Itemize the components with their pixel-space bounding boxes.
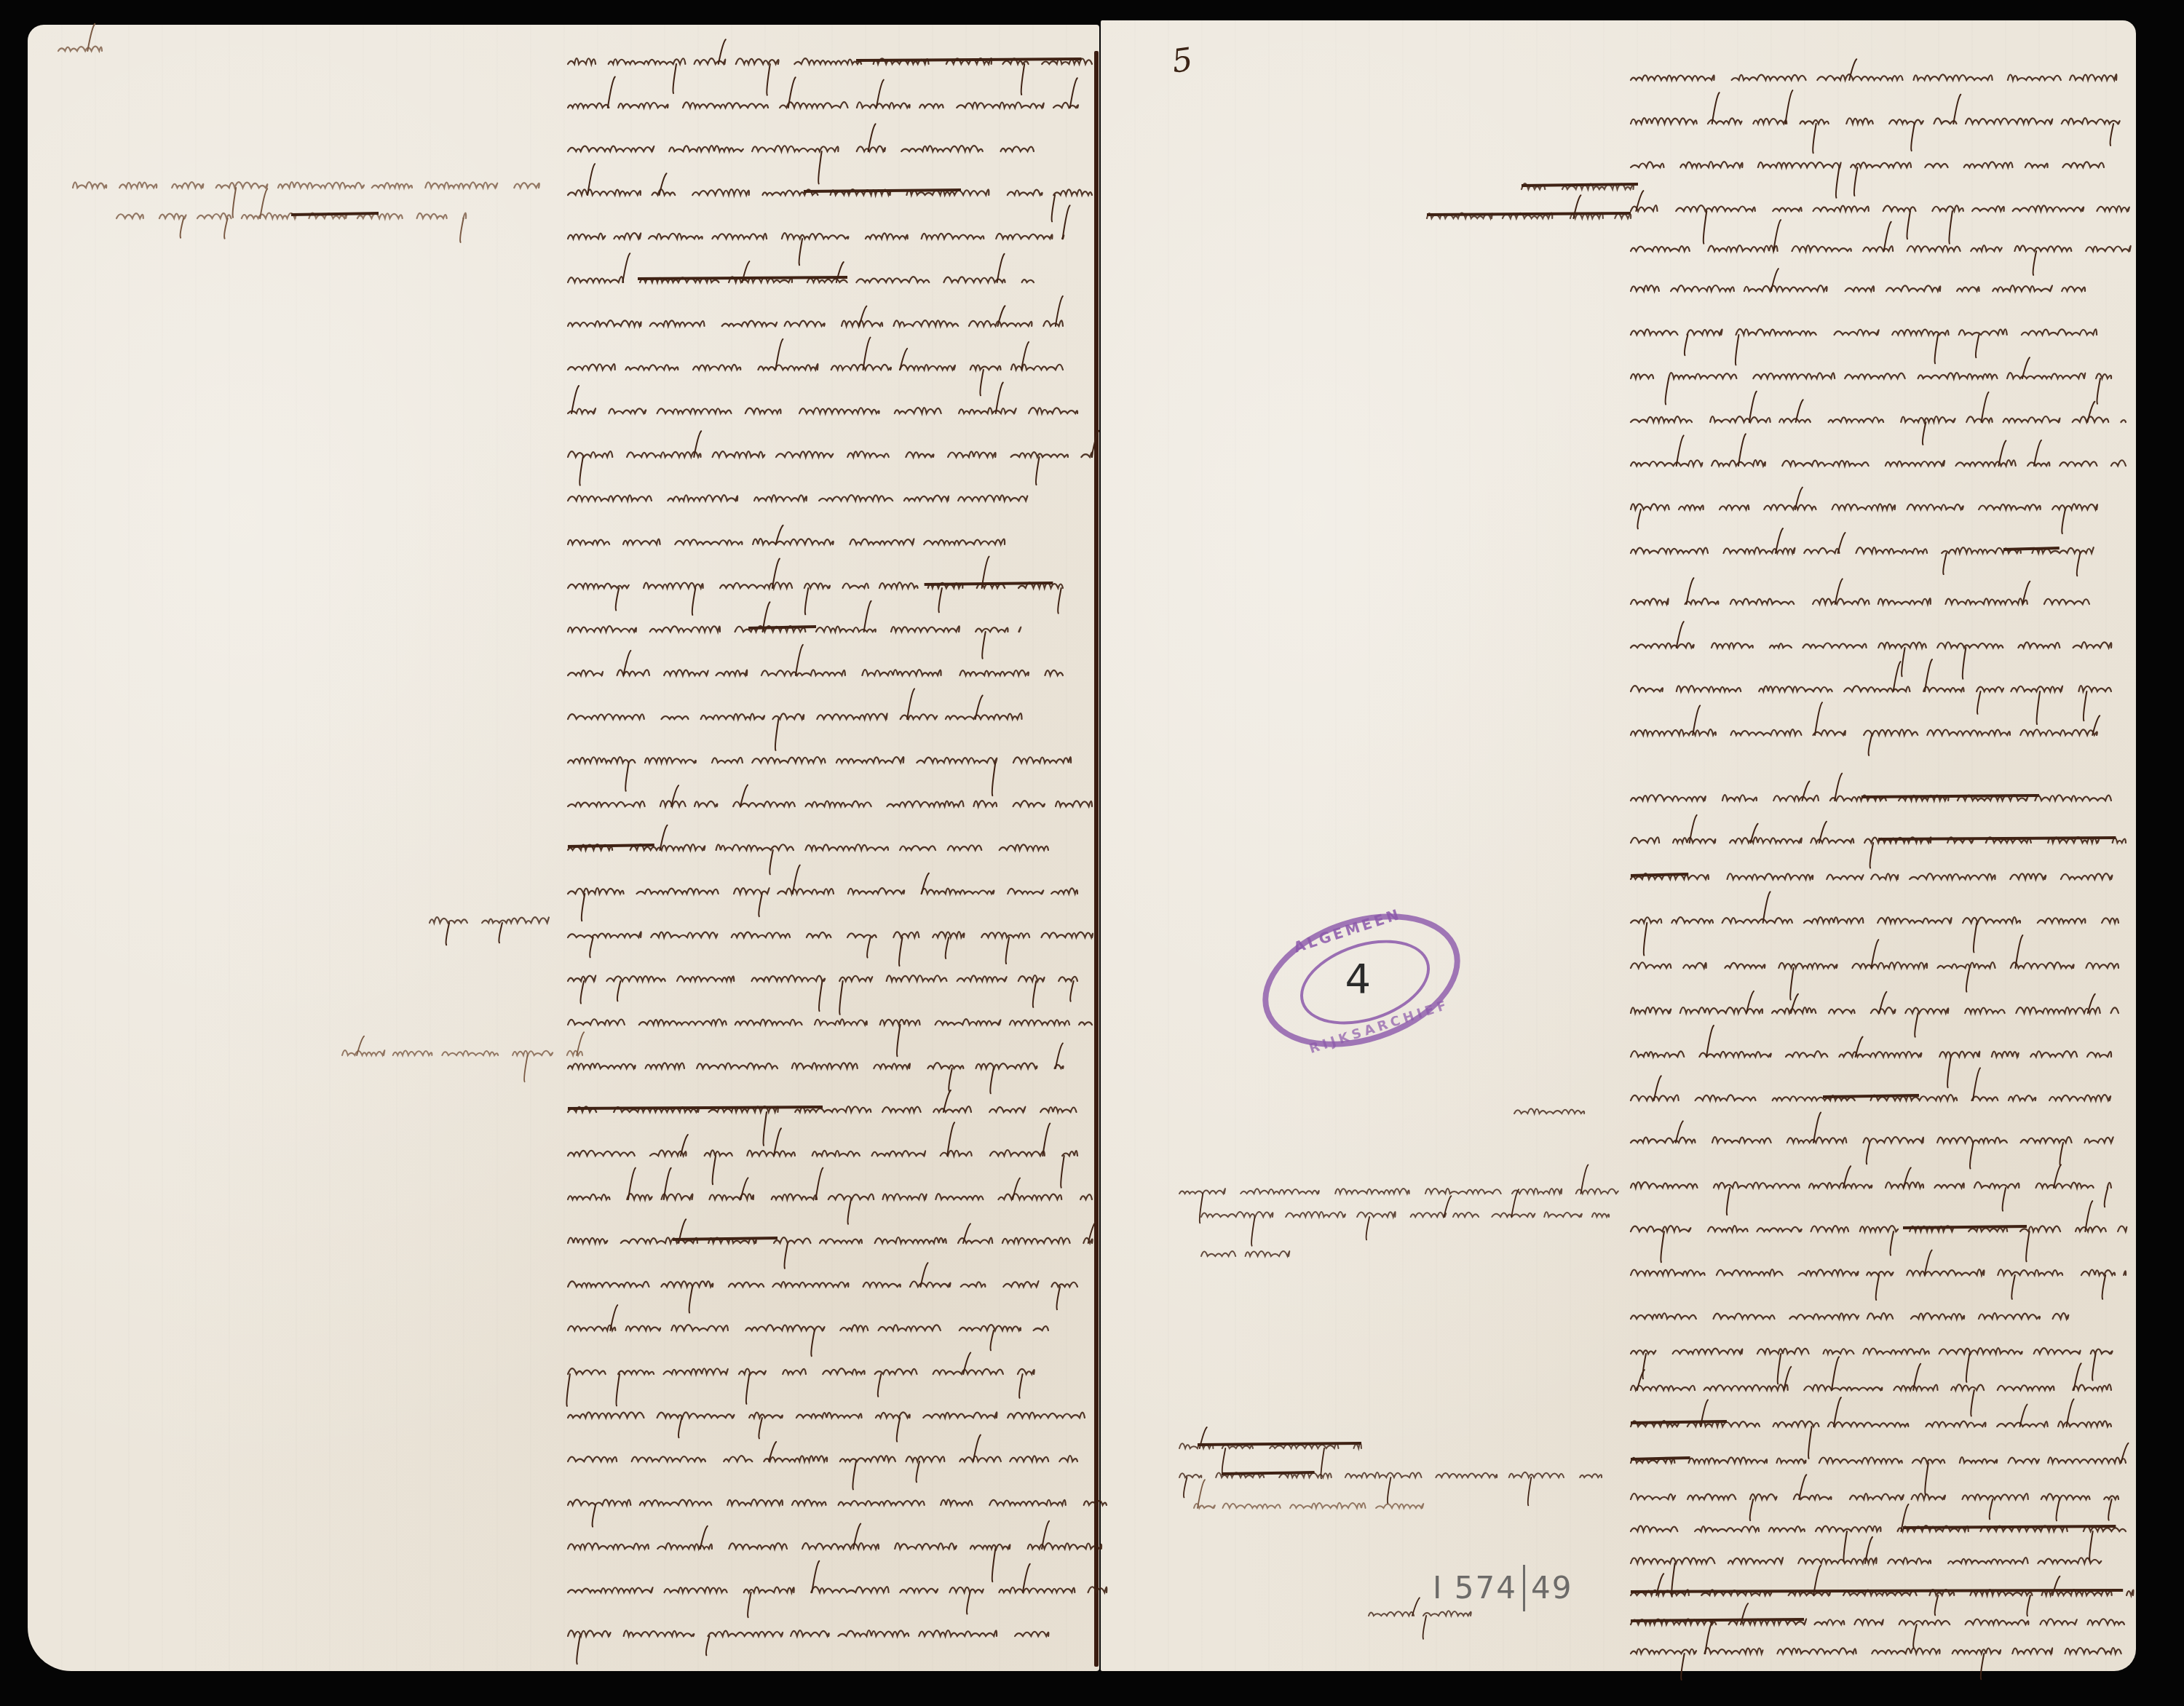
stamp-number: 4: [1345, 956, 1371, 1003]
catalog-mark-right: 49: [1531, 1570, 1572, 1606]
catalog-mark-divider: [1523, 1565, 1525, 1611]
page-fold-line: [1094, 51, 1099, 1667]
catalog-mark-left: I 574: [1433, 1570, 1517, 1606]
catalog-mark: I 57449: [1433, 1565, 1572, 1611]
right-page-leaf: [1101, 20, 2136, 1671]
left-page-leaf: [28, 25, 1099, 1671]
